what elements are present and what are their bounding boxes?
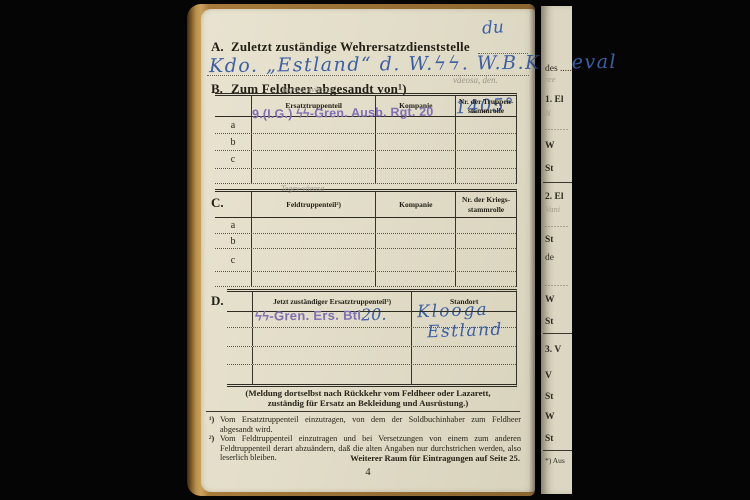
footnote-separator-line bbox=[206, 411, 520, 412]
next-page-pencil-fragment: ree bbox=[545, 74, 556, 84]
table-d-header-ersatztruppenteil: Jetzt zuständiger Ersatztruppenteil³) bbox=[273, 297, 391, 306]
table-c-header-kompanie: Kompanie bbox=[399, 200, 432, 209]
table-d-jetzt-zustaendiger: Jetzt zuständiger Ersatztruppenteil³) St… bbox=[227, 289, 517, 387]
next-page-fragment: St bbox=[545, 317, 553, 327]
row-label-c: c bbox=[231, 255, 235, 266]
photo-background: A. Zuletzt zuständige Wehrersatzdienstst… bbox=[0, 0, 750, 500]
next-page-fragment: W bbox=[545, 295, 555, 305]
table-d-row-4 bbox=[227, 365, 516, 384]
more-space-note: Weiterer Raum für Eintragungen auf Seite… bbox=[209, 453, 520, 463]
book-fold-shadow bbox=[529, 5, 541, 493]
table-c-row-b: b bbox=[215, 234, 516, 249]
table-b-row-b: b bbox=[215, 134, 516, 151]
next-page-pencil-fragment: N bbox=[545, 108, 551, 118]
table-b-header-blank bbox=[215, 96, 252, 116]
table-c-row-c: c bbox=[215, 249, 516, 272]
table-c-row-extra bbox=[215, 272, 516, 287]
next-page-fragment: St bbox=[545, 164, 553, 174]
section-a-dotted-line-2 bbox=[207, 61, 529, 76]
next-page-fragment: 3. V bbox=[545, 345, 561, 355]
next-page-fragment: St bbox=[545, 434, 553, 444]
meldung-note: (Meldung dortselbst nach Rückkehr vom Fe… bbox=[231, 388, 505, 409]
table-d-header-blank bbox=[227, 292, 253, 311]
table-c-row-a: a bbox=[215, 218, 516, 234]
next-page-fragment: St bbox=[545, 235, 553, 245]
row-label-b: b bbox=[230, 137, 235, 148]
page-number: 4 bbox=[201, 467, 535, 478]
table-d-row-2 bbox=[227, 328, 516, 347]
section-c-pencil-translation: Tegev-väeosa bbox=[281, 184, 324, 193]
soldbuch-left-page: A. Zuletzt zuständige Wehrersatzdienstst… bbox=[201, 9, 535, 492]
table-b-header-stammrolle: Nr. der Truppen- stammrolle bbox=[459, 97, 514, 116]
next-page-fragment: des ...... bbox=[545, 64, 572, 74]
footnote-1-text: Vom Ersatztruppenteil einzutragen, von d… bbox=[220, 415, 521, 434]
table-c-header-kriegsstammrolle: Nr. der Kriegs- stammrolle bbox=[462, 195, 510, 214]
footnote-1: ¹) Vom Ersatztruppenteil einzutragen, vo… bbox=[209, 415, 521, 434]
next-page-fragment: St bbox=[545, 392, 553, 402]
next-page-fragment: W bbox=[545, 412, 555, 422]
table-d-header-standort: Standort bbox=[450, 297, 478, 306]
section-a-handwritten-entry: du bbox=[481, 17, 504, 38]
row-label-a: a bbox=[231, 220, 235, 231]
row-label-b: b bbox=[230, 236, 235, 247]
row-label-a: a bbox=[231, 120, 235, 131]
next-page-fragment: ........ bbox=[545, 123, 569, 132]
row-label-c: c bbox=[231, 154, 235, 165]
next-page-pencil-fragment: Vani bbox=[545, 204, 560, 214]
table-c-header-blank bbox=[215, 192, 252, 217]
table-d-row-3 bbox=[227, 347, 516, 365]
next-page-fragment: 2. El bbox=[545, 192, 563, 202]
next-page-fragment: V bbox=[545, 371, 552, 381]
next-page-fragment: 1. El bbox=[545, 95, 563, 105]
table-b-row-c: c bbox=[215, 151, 516, 169]
next-page-fragment: ........ bbox=[545, 220, 569, 229]
table-c-feldtruppenteil: Feldtruppenteil²) Kompanie Nr. der Krieg… bbox=[215, 189, 517, 287]
footnote-1-marker: ¹) bbox=[209, 415, 220, 434]
next-page-divider-line bbox=[543, 333, 572, 334]
section-b-pencil-note: väeosa, den. bbox=[453, 75, 498, 85]
next-page-footnote-fragment: *) Aus bbox=[545, 456, 565, 465]
next-page-fragment: de bbox=[545, 253, 554, 263]
table-c-header-row: Feldtruppenteil²) Kompanie Nr. der Krieg… bbox=[215, 192, 516, 218]
soldbuch-next-page-edge: des ...... ree 1. El N ........ W St 2. … bbox=[541, 6, 572, 494]
section-d-label: D. bbox=[211, 293, 224, 309]
stamp-gren-ers-btl: ϟϟ-Gren. Ers. Btl. bbox=[255, 308, 365, 324]
table-c-header-feldtruppenteil: Feldtruppenteil²) bbox=[286, 200, 341, 209]
next-page-fragment: W bbox=[545, 141, 555, 151]
next-page-fragment: ........ bbox=[545, 279, 569, 288]
next-page-divider-line bbox=[543, 450, 572, 451]
table-b-row-extra bbox=[215, 169, 516, 184]
section-b-pencil-translation: Tagavaraväeosa bbox=[281, 85, 334, 94]
next-page-divider-line bbox=[543, 182, 572, 183]
section-a-label: A. bbox=[211, 39, 224, 55]
stamp-gren-ausb-rgt: 9.(I.G.) ϟϟ-Gren. Ausb. Rgt. 20 bbox=[252, 105, 434, 122]
